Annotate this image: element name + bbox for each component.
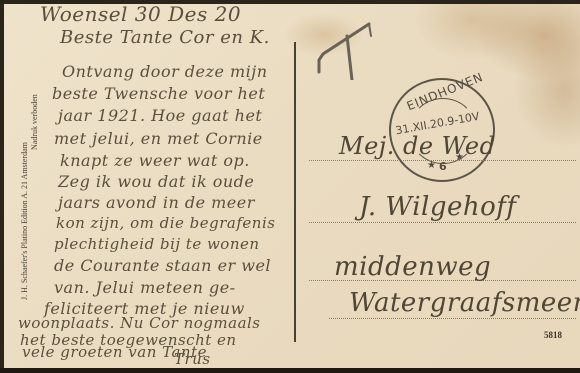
message-line: met jelui, en met Cornie: [54, 129, 263, 148]
message-line: Beste Tante Cor en K.: [60, 27, 270, 48]
star-icon: ★: [427, 160, 436, 171]
message-line: knapt ze weer wat op.: [60, 151, 250, 170]
publisher-imprint: J. H. Schaefer's Platino Edition A. 21 A…: [20, 94, 40, 300]
serial-number: 5818: [544, 330, 562, 340]
postcard-back: Woensel 30 Des 20 Beste Tante Cor en K. …: [0, 0, 580, 368]
message-line: van. Jelui meteen ge-: [54, 278, 236, 297]
message-line: Zeg ik wou dat ik oude: [58, 172, 254, 191]
publisher-imprint-line2: Nadruk verboden: [30, 94, 40, 300]
address-rule: [329, 318, 576, 319]
message-line: jaars avond in de meer: [58, 193, 255, 212]
message-line: kon zijn, om die begrafenis: [56, 214, 275, 232]
address-line: Mej. de Wed: [339, 132, 495, 160]
message-line: Woensel 30 Des 20: [40, 2, 241, 26]
address-line: middenweg: [334, 252, 491, 282]
signature: Trus: [174, 350, 211, 368]
postmark: EINDHOVEN 31.XII.20.9-10V 6 ★ ★: [389, 78, 495, 182]
address-line: J. Wilgehoff: [359, 192, 517, 222]
message-line: jaar 1921. Hoe gaat het: [58, 106, 262, 125]
address-line: Watergraafsmeer: [349, 288, 580, 318]
address-rule: [309, 160, 576, 161]
message-line: de Courante staan er wel: [54, 256, 271, 275]
message-line: Ontvang door deze mijn: [62, 62, 268, 81]
message-line: plechtigheid bij te wonen: [54, 235, 260, 253]
center-divider: [294, 42, 296, 342]
address-rule: [309, 222, 576, 223]
message-line: woonplaats. Nu Cor nogmaals: [18, 314, 261, 332]
publisher-imprint-line1: J. H. Schaefer's Platino Edition A. 21 A…: [20, 94, 30, 300]
message-line: beste Twensche voor het: [52, 84, 265, 103]
scan-edge-bottom: [0, 368, 580, 373]
postmark-number: 6: [439, 160, 447, 173]
tax-mark-icon: [317, 20, 377, 80]
